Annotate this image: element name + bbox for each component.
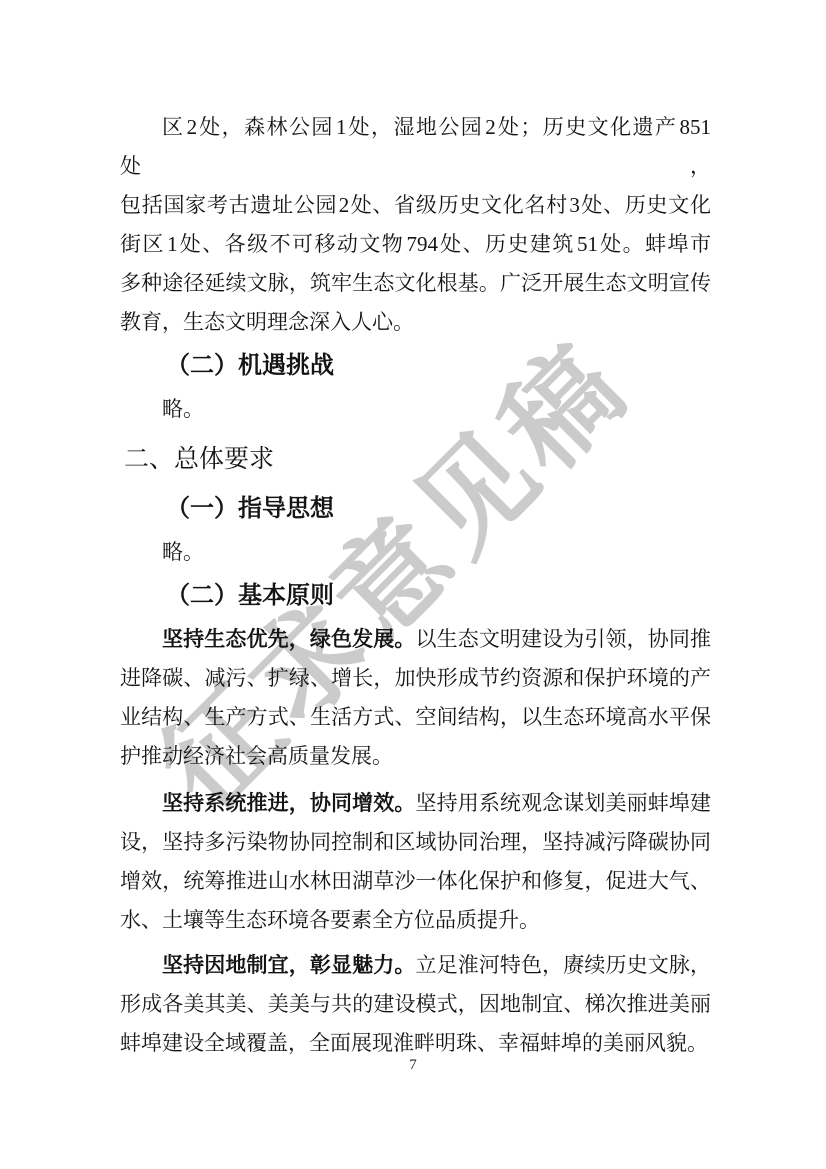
text-run: 蚌埠建设全域覆盖，全面展现淮畔明珠、幸福蚌埠的美丽风貌。 [120, 1031, 708, 1055]
text-run: 业结构、生产方式、生活方式、空间结构，以生态环境高水平保 [120, 705, 711, 729]
text-line: 形成各美其美、美美与共的建设模式，因地制宜、梯次推进美丽 [120, 985, 711, 1024]
principle-paragraph-eco-priority: 坚持生态优先，绿色发展。以生态文明建设为引领，协同推进降碳、减污、扩绿、增长，加… [120, 620, 711, 776]
text-line: 护推动经济社会高质量发展。 [120, 737, 711, 776]
text-run: 包括国家考古遗址公园 2 处、省级历史文化名村 3 处、历史文化 [120, 193, 711, 217]
document-page: 征求意见稿 区 2 处，森林公园 1 处，湿地公园 2 处；历史文化遗产 851… [0, 0, 826, 1169]
text-line: 坚持生态优先，绿色发展。以生态文明建设为引领，协同推 [120, 620, 711, 659]
text-line: 多种途径延续文脉，筑牢生态文化根基。广泛开展生态文明宣传 [120, 264, 711, 303]
text-line: 水、土壤等生态环境各要素全方位品质提升。 [120, 901, 711, 940]
text-line: 教育，生态文明理念深入人心。 [120, 303, 711, 342]
text-run: 护推动经济社会高质量发展。 [120, 744, 393, 768]
text-run: 设，坚持多污染物协同控制和区域协同治理，坚持减污降碳协同 [120, 830, 711, 854]
bold-lead-text: 坚持因地制宜，彰显魅力。 [162, 953, 415, 977]
subsection-heading-opportunities: （二）机遇挑战 [120, 342, 711, 390]
text-line: 区 2 处，森林公园 1 处，湿地公园 2 处；历史文化遗产 851 处， [120, 108, 711, 186]
text-run: 增效，统筹推进山水林田湖草沙一体化保护和修复，促进大气、 [120, 869, 711, 893]
text-line: 增效，统筹推进山水林田湖草沙一体化保护和修复，促进大气、 [120, 862, 711, 901]
text-line: 设，坚持多污染物协同控制和区域协同治理，坚持减污降碳协同 [120, 823, 711, 862]
text-run: 水、土壤等生态环境各要素全方位品质提升。 [120, 908, 540, 932]
text-line: 坚持因地制宜，彰显魅力。立足淮河特色，赓续历史文脉， [120, 946, 711, 985]
text-run: 以生态文明建设为引领，协同推 [415, 627, 711, 651]
text-run: 多种途径延续文脉，筑牢生态文化根基。广泛开展生态文明宣传 [120, 271, 711, 295]
text-run: 立足淮河特色，赓续历史文脉， [415, 953, 711, 977]
document-body: 区 2 处，森林公园 1 处，湿地公园 2 处；历史文化遗产 851 处，包括国… [120, 108, 711, 1063]
subsection-heading-basic-principles: （二）基本原则 [120, 572, 711, 620]
text-run: 教育，生态文明理念深入人心。 [120, 310, 414, 334]
principle-paragraph-systematic: 坚持系统推进，协同增效。坚持用系统观念谋划美丽蚌埠建设，坚持多污染物协同控制和区… [120, 784, 711, 940]
text-run: 坚持用系统观念谋划美丽蚌埠建 [415, 791, 711, 815]
page-number: 7 [0, 1055, 826, 1075]
ellipsis-paragraph: 略。 [120, 390, 711, 429]
text-line: 业结构、生产方式、生活方式、空间结构，以生态环境高水平保 [120, 698, 711, 737]
text-line: 坚持系统推进，协同增效。坚持用系统观念谋划美丽蚌埠建 [120, 784, 711, 823]
text-run: 形成各美其美、美美与共的建设模式，因地制宜、梯次推进美丽 [120, 992, 711, 1016]
text-run: 街区 1 处、各级不可移动文物 794 处、历史建筑 51 处。蚌埠市 [120, 232, 711, 256]
subsection-heading-guiding-ideology: （一）指导思想 [120, 485, 711, 533]
principle-paragraph-local-conditions: 坚持因地制宜，彰显魅力。立足淮河特色，赓续历史文脉，形成各美其美、美美与共的建设… [120, 946, 711, 1063]
text-run: 区 2 处，森林公园 1 处，湿地公园 2 处；历史文化遗产 851 处， [120, 115, 711, 178]
text-line: 街区 1 处、各级不可移动文物 794 处、历史建筑 51 处。蚌埠市 [120, 225, 711, 264]
text-run: 进降碳、减污、扩绿、增长，加快形成节约资源和保护环境的产 [120, 666, 711, 690]
section-heading-overall-requirements: 二、总体要求 [120, 433, 711, 485]
ellipsis-paragraph: 略。 [120, 533, 711, 572]
body-paragraph-continued: 区 2 处，森林公园 1 处，湿地公园 2 处；历史文化遗产 851 处，包括国… [120, 108, 711, 342]
bold-lead-text: 坚持系统推进，协同增效。 [162, 791, 415, 815]
text-line: 包括国家考古遗址公园 2 处、省级历史文化名村 3 处、历史文化 [120, 186, 711, 225]
bold-lead-text: 坚持生态优先，绿色发展。 [162, 627, 415, 651]
text-line: 进降碳、减污、扩绿、增长，加快形成节约资源和保护环境的产 [120, 659, 711, 698]
